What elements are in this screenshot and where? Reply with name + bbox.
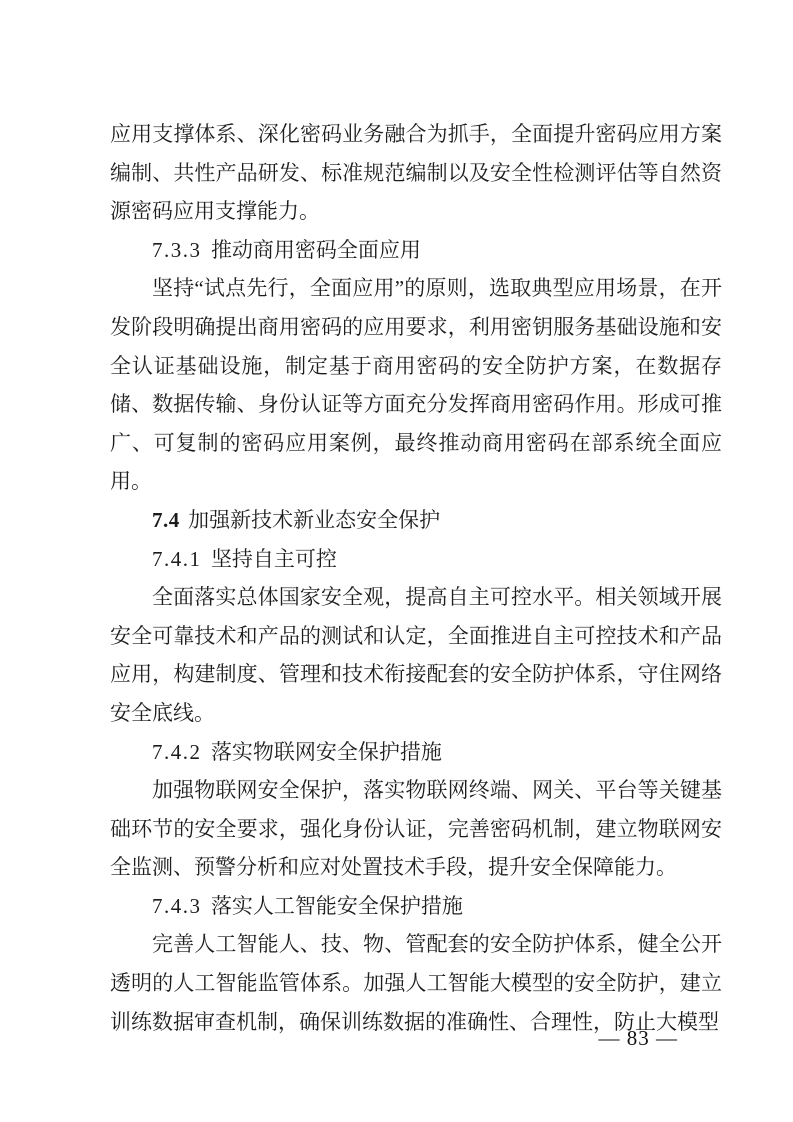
document-page: 应用支撑体系、深化密码业务融合为抓手，全面提升密码应用方案编制、共性产品研发、标… xyxy=(0,0,793,1122)
paragraph-iot-security: 加强物联网安全保护，落实物联网终端、网关、平台等关键基础环节的安全要求，强化身份… xyxy=(110,771,722,887)
heading-7-4-1-title: 坚持自主可控 xyxy=(211,547,337,571)
heading-7-4-2-number: 7.4.2 xyxy=(152,740,202,764)
paragraph-autonomous-control: 全面落实总体国家安全观，提高自主可控水平。相关领域开展安全可靠技术和产品的测试和… xyxy=(110,578,722,732)
heading-7-3-3-number: 7.3.3 xyxy=(152,238,202,262)
heading-7-3-3: 7.3.3推动商用密码全面应用 xyxy=(110,231,722,270)
heading-7-4-3-title: 落实人工智能安全保护措施 xyxy=(211,894,463,918)
heading-7-4-3-number: 7.4.3 xyxy=(152,894,202,918)
heading-7-4-1-number: 7.4.1 xyxy=(152,547,202,571)
heading-7-4-title: 加强新技术新业态安全保护 xyxy=(188,508,440,532)
heading-7-4-2-title: 落实物联网安全保护措施 xyxy=(211,740,442,764)
heading-7-3-3-title: 推动商用密码全面应用 xyxy=(211,238,421,262)
page-number: — 83 — xyxy=(599,1026,679,1050)
heading-7-4: 7.4加强新技术新业态安全保护 xyxy=(110,501,722,540)
heading-7-4-2: 7.4.2落实物联网安全保护措施 xyxy=(110,733,722,772)
heading-7-4-1: 7.4.1坚持自主可控 xyxy=(110,540,722,579)
heading-7-4-number: 7.4 xyxy=(152,508,180,532)
heading-7-4-3: 7.4.3落实人工智能安全保护措施 xyxy=(110,887,722,926)
document-body: 应用支撑体系、深化密码业务融合为抓手，全面提升密码应用方案编制、共性产品研发、标… xyxy=(110,115,722,1041)
paragraph-crypto-support-capability: 应用支撑体系、深化密码业务融合为抓手，全面提升密码应用方案编制、共性产品研发、标… xyxy=(110,115,722,231)
page-footer: — 83 — xyxy=(599,1023,679,1053)
paragraph-commercial-crypto-application: 坚持“试点先行，全面应用”的原则，选取典型应用场景，在开发阶段明确提出商用密码的… xyxy=(110,269,722,501)
